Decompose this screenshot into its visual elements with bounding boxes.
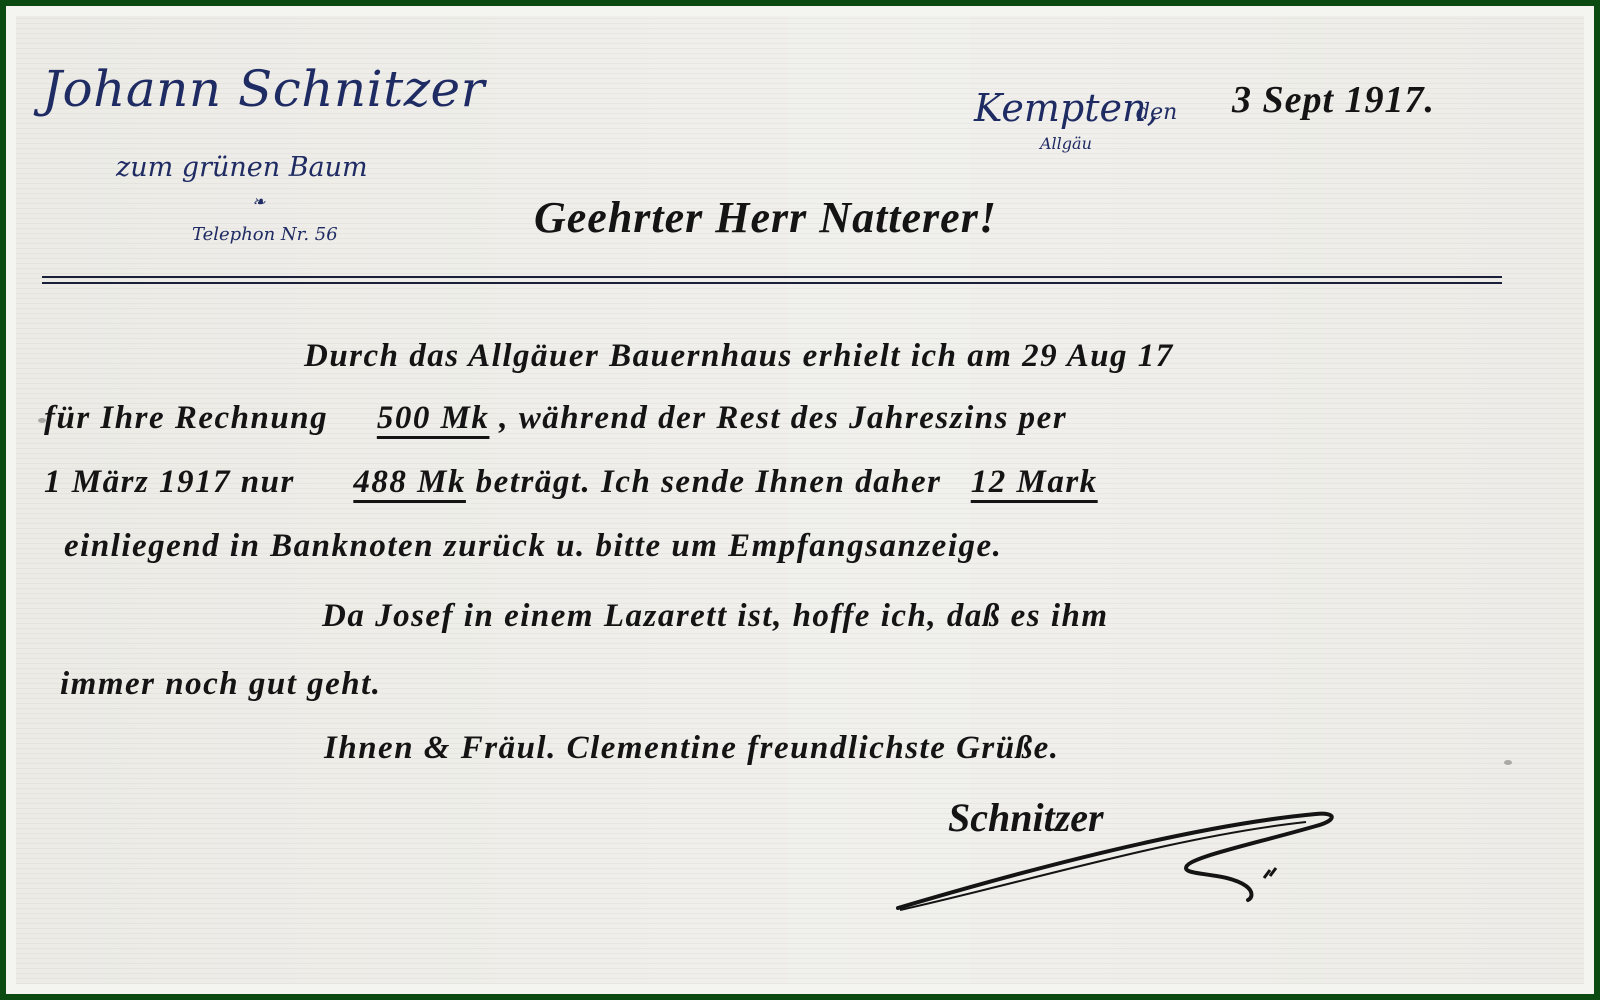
body-line-2: für Ihre Rechnung 500 Mk , während der R… xyxy=(44,400,1067,437)
photo-frame: Johann Schnitzer zum grünen Baum ❧ Telep… xyxy=(6,6,1594,994)
letterhead-name: Johann Schnitzer xyxy=(42,60,485,118)
body-line-2-rest: , während der Rest des Jahreszins per xyxy=(499,400,1067,436)
letterhead-subtitle: zum grünen Baum xyxy=(116,152,368,183)
ink-spot xyxy=(38,418,46,423)
body-line-3: 1 März 1917 nur 488 Mk beträgt. Ich send… xyxy=(44,464,1098,501)
body-line-6: immer noch gut geht. xyxy=(60,666,382,703)
letterhead-city: Kempten, xyxy=(974,86,1159,130)
body-line-5: Da Josef in einem Lazarett ist, hoffe ic… xyxy=(322,598,1109,635)
letter-paper: Johann Schnitzer zum grünen Baum ❧ Telep… xyxy=(16,16,1584,984)
amount-received: 500 Mk xyxy=(377,400,490,436)
salutation: Geehrter Herr Natterer! xyxy=(534,192,997,243)
signature: Schnitzer xyxy=(948,794,1104,841)
body-line-1: Durch das Allgäuer Bauernhaus erhielt ic… xyxy=(304,338,1174,375)
ornament-icon: ❧ xyxy=(252,192,265,211)
amount-refund: 12 Mark xyxy=(971,464,1098,500)
letter-date: 3 Sept 1917. xyxy=(1232,78,1435,122)
letterhead-region: Allgäu xyxy=(1040,134,1092,153)
body-line-2-start: für Ihre Rechnung xyxy=(44,400,328,436)
ink-spot xyxy=(1504,760,1512,765)
body-line-4: einliegend in Banknoten zurück u. bitte … xyxy=(64,528,1002,565)
header-divider-top xyxy=(42,276,1502,278)
header-divider-bottom xyxy=(42,282,1502,284)
body-line-3-rest: beträgt. Ich sende Ihnen daher xyxy=(476,464,942,500)
closing-line: Ihnen & Fräul. Clementine freundlichste … xyxy=(324,730,1060,767)
amount-due: 488 Mk xyxy=(353,464,466,500)
body-line-3-start: 1 März 1917 nur xyxy=(44,464,295,500)
date-prefix: den xyxy=(1136,100,1177,125)
letterhead-telephone: Telephon Nr. 56 xyxy=(192,224,338,245)
